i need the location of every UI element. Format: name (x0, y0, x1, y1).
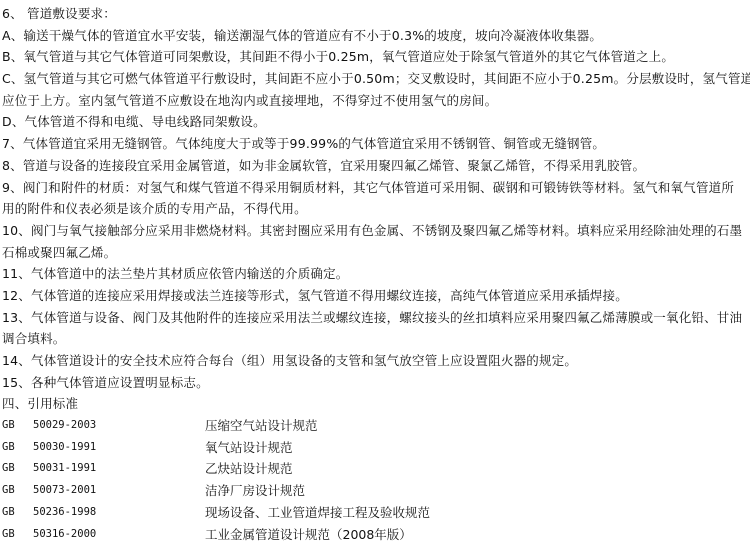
paragraph-line: 11、气体管道中的法兰垫片其材质应依管内输送的介质确定。 (2, 263, 750, 285)
reference-number: 50031-1991 (33, 458, 96, 480)
section-6-heading: 6、 管道敷设要求： (2, 3, 750, 25)
paragraph-line: 13、气体管道与设备、阀门及其他附件的连接应采用法兰或螺纹连接，螺纹接头的丝扣填… (2, 307, 750, 329)
reference-number: 50236-1998 (33, 502, 96, 524)
paragraph-line: 10、阀门与氧气接触部分应采用非燃烧材料。其密封圈应采用有色金属、不锈钢及聚四氟… (2, 220, 750, 242)
paragraph-line: 8、管道与设备的连接段宜采用金属管道，如为非金属软管，宜采用聚四氟乙烯管、聚氯乙… (2, 155, 750, 177)
paragraph-line: 14、气体管道设计的安全技术应符合每台（组）用氢设备的支管和氢气放空管上应设置阻… (2, 350, 750, 372)
paragraph-line: 7、气体管道宜采用无缝钢管。气体纯度大于或等于99.99%的气体管道宜采用不锈钢… (2, 133, 750, 155)
paragraph-line: 用的附件和仪表必须是该介质的专用产品，不得代用。 (2, 198, 750, 220)
paragraph-line: D、气体管道不得和电缆、导电线路同架敷设。 (2, 111, 750, 133)
reference-row: GB 50030-1991 氧气站设计规范 (2, 437, 750, 459)
reference-number: 50316-2000 (33, 524, 96, 546)
paragraph-line: C、氢气管道与其它可燃气体管道平行敷设时，其间距不应小于0.50m；交叉敷设时，… (2, 68, 750, 90)
reference-row: GB 50236-1998 现场设备、工业管道焊接工程及验收规范 (2, 502, 750, 524)
reference-title: 工业金属管道设计规范（2008年版） (205, 524, 412, 546)
reference-std: GB (2, 480, 15, 502)
reference-title: 现场设备、工业管道焊接工程及验收规范 (205, 502, 430, 524)
paragraph-line: 调合填料。 (2, 328, 750, 350)
reference-title: 乙炔站设计规范 (205, 458, 293, 480)
reference-row: GB 50031-1991 乙炔站设计规范 (2, 458, 750, 480)
reference-std: GB (2, 502, 15, 524)
reference-std: GB (2, 415, 15, 437)
paragraph-line: 石棉或聚四氟乙烯。 (2, 242, 750, 264)
paragraph-line: 15、各种气体管道应设置明显标志。 (2, 372, 750, 394)
reference-row: GB 50316-2000 工业金属管道设计规范（2008年版） (2, 524, 750, 546)
paragraph-line: A、输送干燥气体的管道宜水平安装，输送潮湿气体的管道应有不小于0.3%的坡度，坡… (2, 25, 750, 47)
reference-title: 氧气站设计规范 (205, 437, 293, 459)
reference-row: GB 50029-2003 压缩空气站设计规范 (2, 415, 750, 437)
reference-std: GB (2, 524, 15, 546)
paragraph-line: 12、气体管道的连接应采用焊接或法兰连接等形式，氢气管道不得用螺纹连接，高纯气体… (2, 285, 750, 307)
paragraph-line: B、氧气管道与其它气体管道可同架敷设，其间距不得小于0.25m，氧气管道应处于除… (2, 46, 750, 68)
reference-list: GB 50029-2003 压缩空气站设计规范 GB 50030-1991 氧气… (2, 415, 750, 545)
reference-number: 50029-2003 (33, 415, 96, 437)
reference-title: 洁净厂房设计规范 (205, 480, 305, 502)
reference-row: GB 50073-2001 洁净厂房设计规范 (2, 480, 750, 502)
reference-number: 50073-2001 (33, 480, 96, 502)
paragraph-line: 9、阀门和附件的材质：对氢气和煤气管道不得采用铜质材料，其它气体管道可采用铜、碳… (2, 177, 750, 199)
document-body: 6、 管道敷设要求： A、输送干燥气体的管道宜水平安装，输送潮湿气体的管道应有不… (0, 0, 750, 545)
section-4-heading: 四、引用标准 (2, 393, 750, 415)
reference-std: GB (2, 458, 15, 480)
reference-number: 50030-1991 (33, 437, 96, 459)
reference-title: 压缩空气站设计规范 (205, 415, 318, 437)
paragraph-line: 应位于上方。室内氢气管道不应敷设在地沟内或直接埋地，不得穿过不使用氢气的房间。 (2, 90, 750, 112)
reference-std: GB (2, 437, 15, 459)
